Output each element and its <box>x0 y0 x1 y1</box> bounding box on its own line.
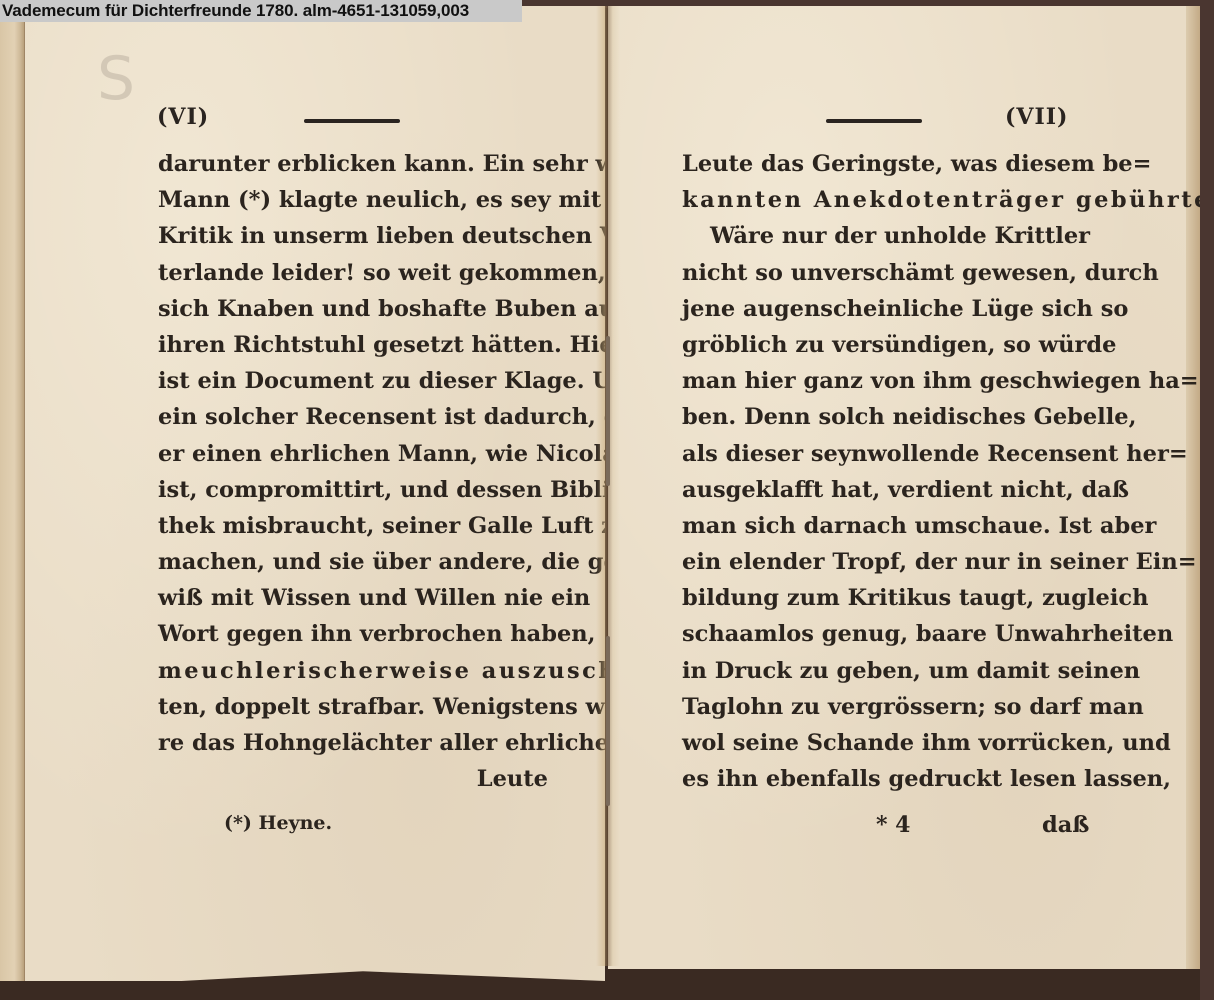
catchword: daß <box>1042 812 1089 838</box>
text-line: jene augenscheinliche Lüge sich so <box>682 291 1076 327</box>
image-caption-bar: Vademecum für Dichterfreunde 1780. alm-4… <box>0 0 522 22</box>
text-line: nicht so unverschämt gewesen, durch <box>682 255 1076 291</box>
text-line: Taglohn zu vergrössern; so darf man <box>682 689 1076 725</box>
footnote: (*) Heyne. <box>224 812 332 834</box>
left-page-text: darunter erblicken kann. Ein sehr weiser… <box>158 146 548 797</box>
text-line: machen, und sie über andere, die ge= <box>158 544 548 580</box>
text-line: bildung zum Kritikus taugt, zugleich <box>682 580 1076 616</box>
text-line: terlande leider! so weit gekommen, daß <box>158 255 548 291</box>
right-header-rule <box>826 119 922 123</box>
text-line: Leute das Geringste, was diesem be= <box>682 146 1076 182</box>
left-header-rule <box>304 119 400 123</box>
text-line: wiß mit Wissen und Willen nie ein <box>158 580 548 616</box>
text-line: re das Hohngelächter aller ehrlichen <box>158 725 548 761</box>
text-line: darunter erblicken kann. Ein sehr weiser <box>158 146 548 182</box>
text-line: ten, doppelt strafbar. Wenigstens wä= <box>158 689 548 725</box>
book-cover-edge-right <box>1200 0 1214 1000</box>
library-stamp-watermark: S <box>97 44 135 114</box>
text-line-emphasized: meuchlerischerweise auszuschüt= <box>158 653 548 689</box>
text-line: schaamlos genug, baare Unwahrheiten <box>682 616 1076 652</box>
text-line: sich Knaben und boshafte Buben auf <box>158 291 548 327</box>
right-page-text: Leute das Geringste, was diesem be= kann… <box>682 146 1076 797</box>
right-page-number: (VII) <box>1005 104 1068 130</box>
text-line: als dieser seynwollende Recensent her= <box>682 436 1076 472</box>
left-page: S (VI) darunter erblicken kann. Ein sehr… <box>0 6 605 981</box>
text-line: Kritik in unserm lieben deutschen Va= <box>158 218 548 254</box>
text-line: wol seine Schande ihm vorrücken, und <box>682 725 1076 761</box>
text-line: ben. Denn solch neidisches Gebelle, <box>682 399 1076 435</box>
signature-mark: * 4 <box>876 812 910 838</box>
text-line: man sich darnach umschaue. Ist aber <box>682 508 1076 544</box>
text-line: kannten Anekdotenträger gebührte. <box>682 182 1076 218</box>
text-line: man hier ganz von ihm geschwiegen ha= <box>682 363 1076 399</box>
image-caption: Vademecum für Dichterfreunde 1780. alm-4… <box>2 1 469 21</box>
text-line: ein solcher Recensent ist dadurch, daß <box>158 399 548 435</box>
text-line: thek misbraucht, seiner Galle Luft zu <box>158 508 548 544</box>
text-line: Wort gegen ihn verbrochen haben, <box>158 616 548 652</box>
page-stack-edge <box>0 6 25 981</box>
book-gutter <box>596 6 620 966</box>
binding-thread <box>606 336 610 486</box>
left-page-number: (VI) <box>157 104 209 130</box>
binding-thread <box>606 636 610 806</box>
text-line: gröblich zu versündigen, so würde <box>682 327 1076 363</box>
text-line: ihren Richtstuhl gesetzt hätten. Hier <box>158 327 548 363</box>
catchword: Leute <box>158 761 548 797</box>
text-line: ist, compromittirt, und dessen Biblio= <box>158 472 548 508</box>
text-line: ausgeklafft hat, verdient nicht, daß <box>682 472 1076 508</box>
text-line: es ihn ebenfalls gedruckt lesen lassen, <box>682 761 1076 797</box>
text-line: Mann (*) klagte neulich, es sey mit der <box>158 182 548 218</box>
text-line: ein elender Tropf, der nur in seiner Ein… <box>682 544 1076 580</box>
text-line: ist ein Document zu dieser Klage. Und <box>158 363 548 399</box>
text-line: in Druck zu geben, um damit seinen <box>682 653 1076 689</box>
page-edge <box>1186 6 1200 969</box>
text-line-paragraph-start: Wäre nur der unholde Krittler <box>682 218 1076 254</box>
text-line: er einen ehrlichen Mann, wie Nicolai <box>158 436 548 472</box>
right-page: (VII) Leute das Geringste, was diesem be… <box>608 6 1200 969</box>
